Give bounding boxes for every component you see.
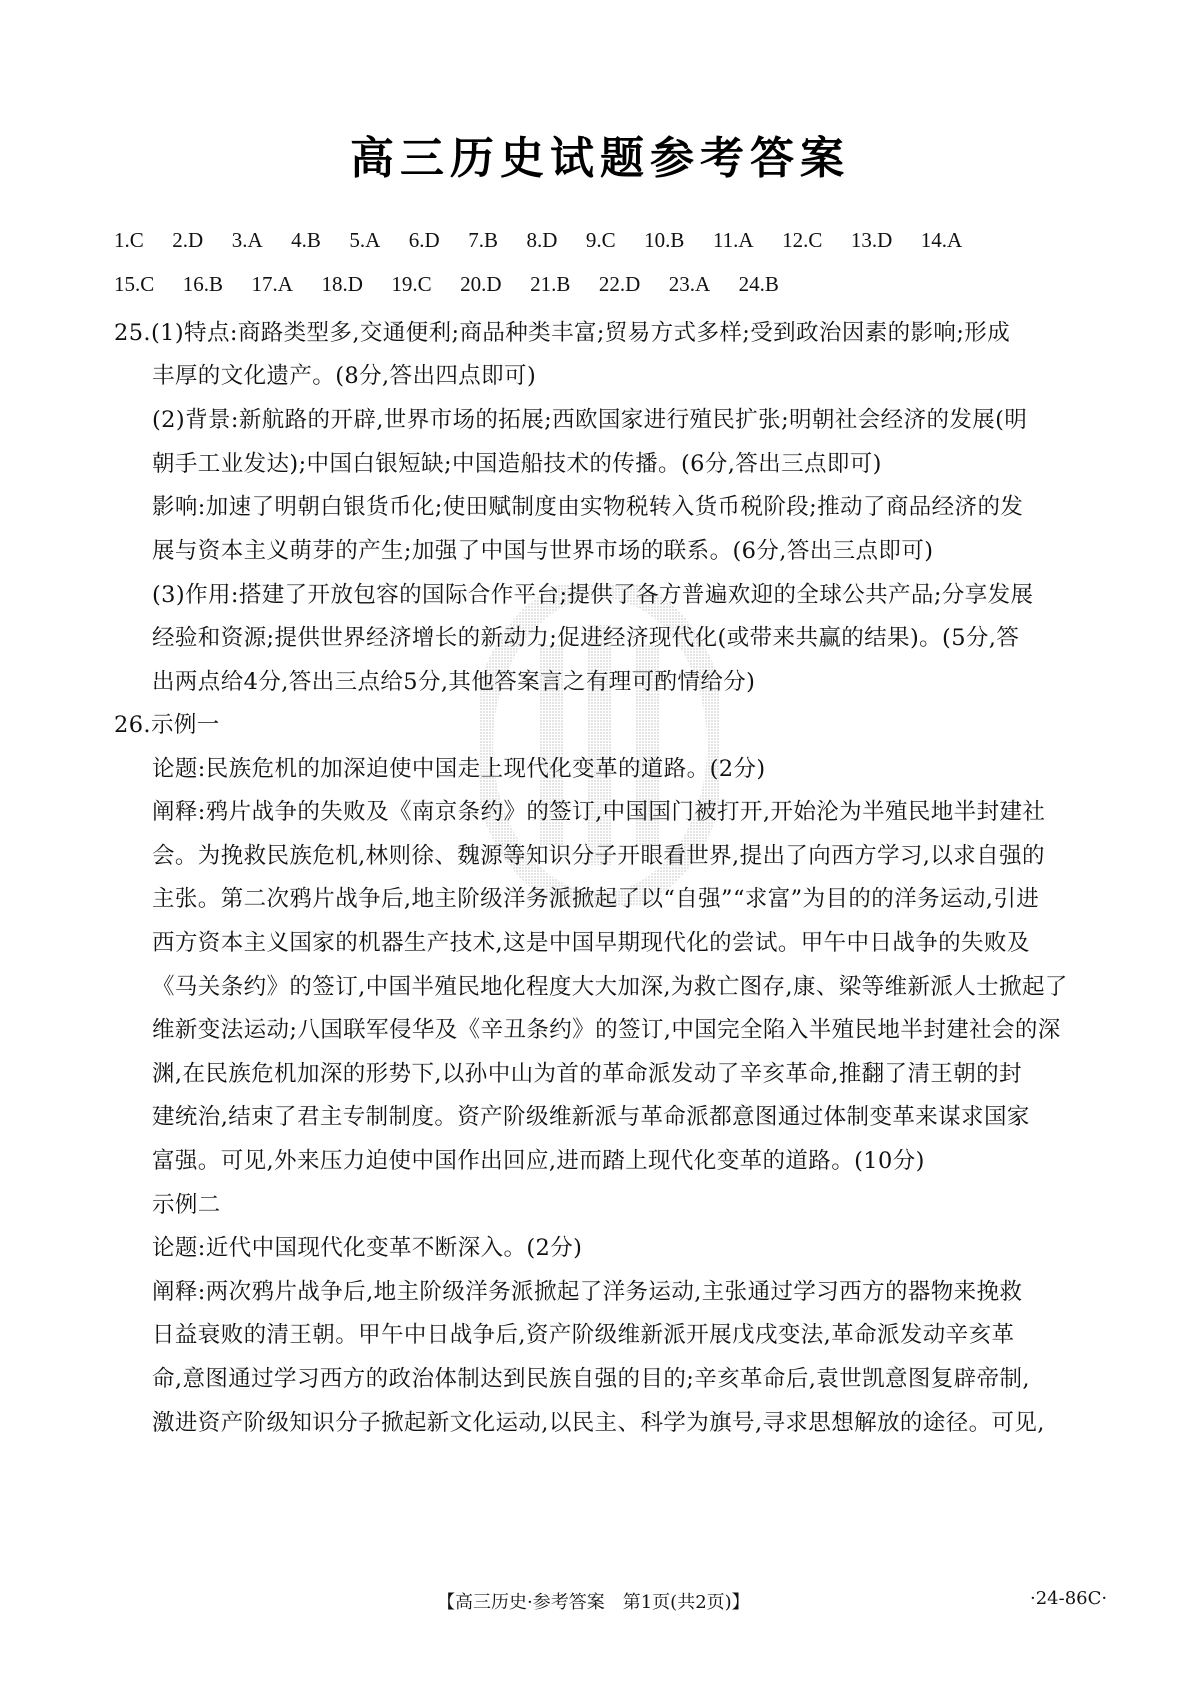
mc-answer: 19.C (391, 272, 431, 297)
mc-answer: 16.B (183, 272, 223, 297)
q26-ex2-explanation-line: 命,意图通过学习西方的政治体制达到民族自强的目的;辛亥革命后,袁世凯意图复辟帝制… (152, 1361, 1030, 1393)
mc-answer: 15.C (114, 272, 154, 297)
q25-part3-line: (3)作用:搭建了开放包容的国际合作平台;提供了各方普遍欢迎的全球公共产品;分享… (152, 577, 1033, 609)
mc-answer: 14.A (921, 228, 962, 253)
mc-answer: 22.D (599, 272, 640, 297)
q25-part2-impact-line: 展与资本主义萌芽的产生;加强了中国与世界市场的联系。(6分,答出三点即可) (152, 533, 933, 565)
q26-ex2-explanation-line: 阐释:两次鸦片战争后,地主阶级洋务派掀起了洋务运动,主张通过学习西方的器物来挽救 (152, 1274, 1022, 1306)
mc-answer: 18.D (321, 272, 362, 297)
mc-answer: 12.C (782, 228, 822, 253)
mc-answer: 11.A (713, 228, 754, 253)
q25-part1-line: 丰厚的文化遗产。(8分,答出四点即可) (152, 358, 536, 390)
mc-answer: 6.D (409, 228, 440, 253)
q26-ex2-thesis: 论题:近代中国现代化变革不断深入。(2分) (152, 1230, 582, 1262)
mc-answer: 21.B (530, 272, 570, 297)
q26-ex1-explanation-line: 维新变法运动;八国联军侵华及《辛丑条约》的签订,中国完全陷入半殖民地半封建社会的… (152, 1012, 1061, 1044)
mc-answer: 2.D (172, 228, 203, 253)
mc-answer: 20.D (460, 272, 501, 297)
q26-heading: 26.示例一 (114, 707, 220, 739)
mc-answers-row-2: 15.C16.B17.A18.D19.C20.D21.B22.D23.A24.B (114, 272, 807, 297)
mc-answer: 3.A (232, 228, 263, 253)
q26-ex1-explanation-line: 建统治,结束了君主专制制度。资产阶级维新派与革命派都意图通过体制变革来谋求国家 (152, 1099, 1030, 1131)
page-footer-code: ·24-86C· (1030, 1588, 1107, 1609)
q25-part2-impact-line: 影响:加速了明朝白银货币化;使田赋制度由实物税转入货币税阶段;推动了商品经济的发 (152, 489, 1023, 521)
answer-key-page: 高三历史试题参考答案 1.C2.D3.A4.B5.A6.D7.B8.D9.C10… (0, 0, 1200, 1687)
q26-ex2-heading: 示例二 (152, 1187, 221, 1219)
q25-part2-background-line: 朝手工业发达);中国白银短缺;中国造船技术的传播。(6分,答出三点即可) (152, 446, 882, 478)
q26-ex2-explanation-line: 激进资产阶级知识分子掀起新文化运动,以民主、科学为旗号,寻求思想解放的途径。可见… (152, 1405, 1045, 1437)
q25-part3-line: 出两点给4分,答出三点给5分,其他答案言之有理可酌情给分) (152, 664, 755, 696)
mc-answers-row-1: 1.C2.D3.A4.B5.A6.D7.B8.D9.C10.B11.A12.C1… (114, 228, 991, 253)
mc-answer: 1.C (114, 228, 144, 253)
q26-ex1-explanation-line: 渊,在民族危机加深的形势下,以孙中山为首的革命派发动了辛亥革命,推翻了清王朝的封 (152, 1056, 1022, 1088)
mc-answer: 23.A (669, 272, 710, 297)
q25-part3-line: 经验和资源;提供世界经济增长的新动力;促进经济现代化(或带来共赢的结果)。(5分… (152, 620, 1019, 652)
q26-ex1-explanation-line: 西方资本主义国家的机器生产技术,这是中国早期现代化的尝试。甲午中日战争的失败及 (152, 925, 1030, 957)
mc-answer: 5.A (349, 228, 380, 253)
mc-answer: 9.C (586, 228, 616, 253)
q26-ex2-explanation-line: 日益衰败的清王朝。甲午中日战争后,资产阶级维新派开展戊戌变法,革命派发动辛亥革 (152, 1317, 1014, 1349)
q26-ex1-thesis: 论题:民族危机的加深迫使中国走上现代化变革的道路。(2分) (152, 751, 766, 783)
mc-answer: 24.B (739, 272, 779, 297)
q25-part2-background-line: (2)背景:新航路的开辟,世界市场的拓展;西欧国家进行殖民扩张;明朝社会经济的发… (152, 402, 1027, 434)
q26-ex1-explanation-line: 富强。可见,外来压力迫使中国作出回应,进而踏上现代化变革的道路。(10分) (152, 1143, 925, 1175)
q26-ex1-explanation-line: 《马关条约》的签订,中国半殖民地化程度大大加深,为救亡图存,康、梁等维新派人士掀… (152, 969, 1068, 1001)
q25-part1-line: 25.(1)特点:商路类型多,交通便利;商品种类丰富;贸易方式多样;受到政治因素… (114, 315, 1010, 347)
mc-answer: 4.B (291, 228, 321, 253)
q26-ex1-explanation-line: 会。为挽救民族危机,林则徐、魏源等知识分子开眼看世界,提出了向西方学习,以求自强… (152, 838, 1045, 870)
mc-answer: 13.D (851, 228, 892, 253)
mc-answer: 7.B (468, 228, 498, 253)
page-footer-info: 【高三历史·参考答案 第1页(共2页)】 (437, 1588, 750, 1614)
page-title: 高三历史试题参考答案 (0, 122, 1200, 186)
mc-answer: 10.B (644, 228, 684, 253)
mc-answer: 17.A (252, 272, 293, 297)
q26-ex1-explanation-line: 主张。第二次鸦片战争后,地主阶级洋务派掀起了以“自强”“求富”为目的的洋务运动,… (152, 881, 1039, 913)
mc-answer: 8.D (526, 228, 557, 253)
q26-ex1-explanation-line: 阐释:鸦片战争的失败及《南京条约》的签订,中国国门被打开,开始沦为半殖民地半封建… (152, 794, 1045, 826)
